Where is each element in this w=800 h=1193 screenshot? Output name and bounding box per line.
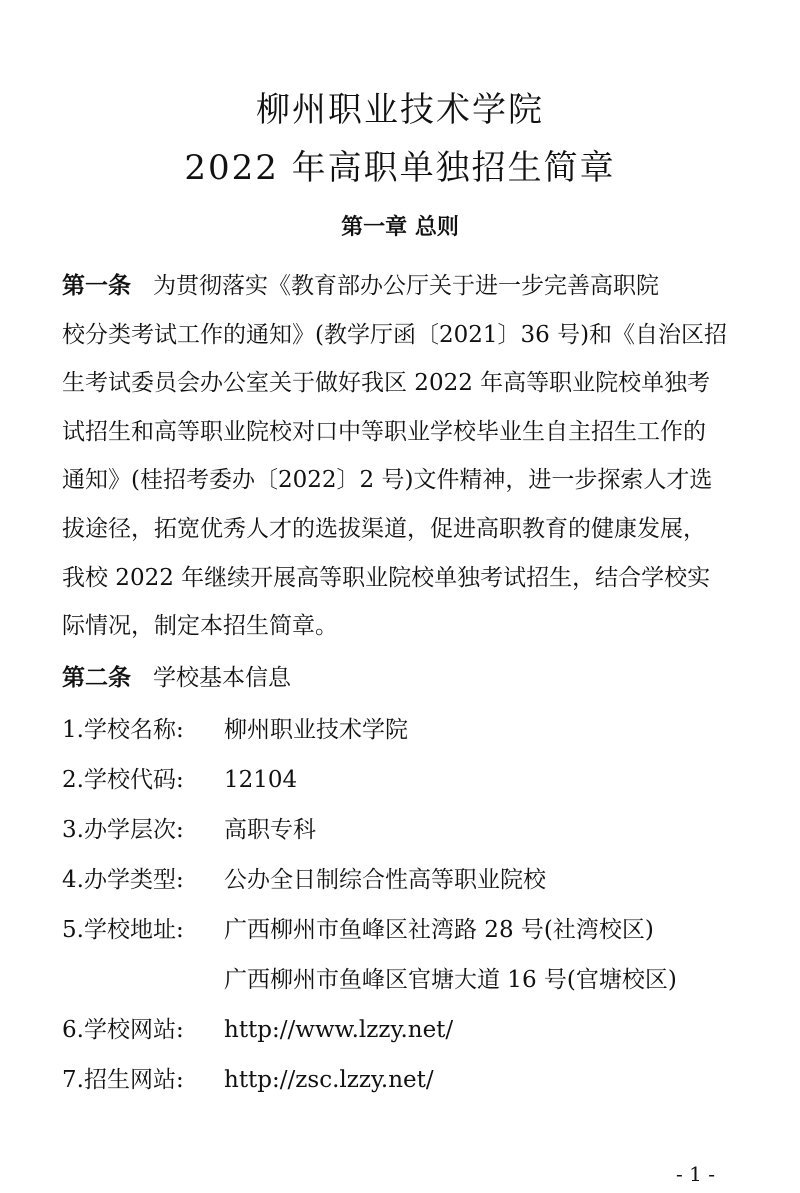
info-item-school-code: 2.学校代码:12104 xyxy=(62,762,297,798)
info-label: 7.招生网站: xyxy=(62,1062,224,1098)
info-item-address: 5.学校地址:广西柳州市鱼峰区社湾路 28 号(社湾校区) xyxy=(62,912,654,948)
article-1-line-4: 试招生和高等职业院校对口中等职业学校毕业生自主招生工作的 xyxy=(62,408,772,457)
page-number: - 1 - xyxy=(676,1160,715,1188)
admissions-website-link[interactable]: http://zsc.lzzy.net/ xyxy=(224,1067,434,1093)
website-link[interactable]: http://www.lzzy.net/ xyxy=(224,1017,453,1043)
info-item-admissions-website: 7.招生网站:http://zsc.lzzy.net/ xyxy=(62,1062,434,1098)
info-item-school-name: 1.学校名称:柳州职业技术学院 xyxy=(62,712,408,748)
article-1-text: 为贯彻落实《教育部办公厅关于进一步完善高职院 xyxy=(153,273,659,299)
article-1-line-5: 通知》(桂招考委办〔2022〕2 号)文件精神，进一步探索人才选 xyxy=(62,456,772,505)
article-2-title: 学校基本信息 xyxy=(153,665,291,691)
info-item-website: 6.学校网站:http://www.lzzy.net/ xyxy=(62,1012,453,1048)
info-item-address-line-2: 广西柳州市鱼峰区官塘大道 16 号(官塘校区) xyxy=(224,962,677,998)
article-1-line-3: 生考试委员会办公室关于做好我区 2022 年高等职业院校单独考 xyxy=(62,359,772,408)
article-2-label: 第二条 xyxy=(62,665,131,691)
info-label: 5.学校地址: xyxy=(62,912,224,948)
article-1-line-1: 第一条 为贯彻落实《教育部办公厅关于进一步完善高职院 xyxy=(62,262,772,311)
info-item-level: 3.办学层次:高职专科 xyxy=(62,812,316,848)
info-label: 2.学校代码: xyxy=(62,762,224,798)
info-value: 高职专科 xyxy=(224,817,316,843)
info-label: 4.办学类型: xyxy=(62,862,224,898)
info-value: 柳州职业技术学院 xyxy=(224,717,408,743)
article-1-label: 第一条 xyxy=(62,273,131,299)
article-1-line-8: 际情况，制定本招生简章。 xyxy=(62,602,772,651)
info-label: 1.学校名称: xyxy=(62,712,224,748)
document-title-school: 柳州职业技术学院 xyxy=(0,88,800,132)
document-title-brochure: 2022 年高职单独招生简章 xyxy=(0,146,800,190)
article-1-line-6: 拔途径，拓宽优秀人才的选拔渠道，促进高职教育的健康发展， xyxy=(62,505,772,554)
article-1-paragraph: 第一条 为贯彻落实《教育部办公厅关于进一步完善高职院 校分类考试工作的通知》(教… xyxy=(62,262,772,651)
info-item-type: 4.办学类型:公办全日制综合性高等职业院校 xyxy=(62,862,546,898)
article-1-line-7: 我校 2022 年继续开展高等职业院校单独考试招生，结合学校实 xyxy=(62,554,772,603)
info-value: 12104 xyxy=(224,767,297,793)
info-label: 3.办学层次: xyxy=(62,812,224,848)
article-2-heading: 第二条 学校基本信息 xyxy=(62,660,291,696)
info-value: 公办全日制综合性高等职业院校 xyxy=(224,867,546,893)
info-value: 广西柳州市鱼峰区社湾路 28 号(社湾校区) xyxy=(224,917,654,943)
article-1-line-2: 校分类考试工作的通知》(教学厅函〔2021〕36 号)和《自治区招 xyxy=(62,311,772,360)
chapter-heading: 第一章 总则 xyxy=(0,212,800,244)
info-label: 6.学校网站: xyxy=(62,1012,224,1048)
